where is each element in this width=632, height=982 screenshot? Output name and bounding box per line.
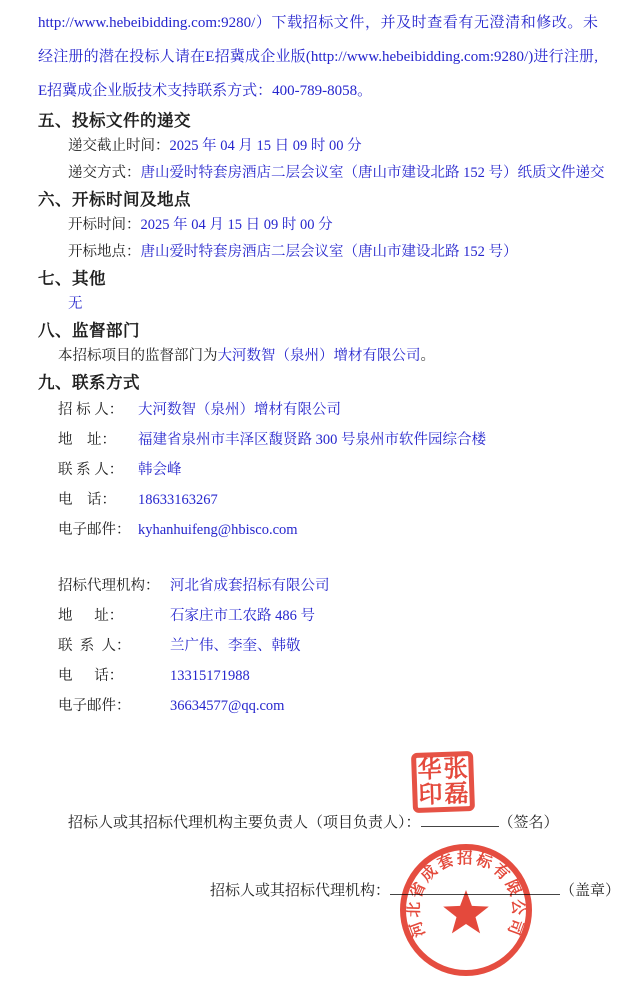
field-label: 联 系 人： (58, 455, 138, 485)
field-value: 无 (68, 296, 83, 312)
signature-label: 招标人或其招标代理机构： (210, 883, 390, 899)
agency-address-row: 地 址：石家庄市工农路 486 号 (38, 601, 598, 631)
field-value: 唐山爱时特套房酒店二层会议室（唐山市建设北路 152 号） (141, 244, 518, 260)
signature-label: 招标人或其招标代理机构主要负责人（项目负责人）： (68, 815, 421, 831)
supervision-entity: 大河数智（泉州）增材有限公司 (218, 348, 421, 364)
tenderer-contact-block: 招 标 人：大河数智（泉州）增材有限公司 地 址：福建省泉州市丰泽区馥贤路 30… (38, 395, 598, 545)
supervision-suffix: 。 (421, 348, 436, 364)
field-label: 地 址： (58, 425, 138, 455)
submission-method-row: 递交方式：唐山爱时特套房酒店二层会议室（唐山市建设北路 152 号）纸质文件递交 (38, 160, 598, 187)
field-label: 电子邮件： (58, 515, 138, 545)
tenderer-address-row: 地 址：福建省泉州市丰泽区馥贤路 300 号泉州市软件园综合楼 (38, 425, 598, 455)
field-label: 电子邮件： (58, 691, 170, 721)
tenderer-phone-row: 电 话：18633163267 (38, 485, 598, 515)
signature-line-responsible-person: 招标人或其招标代理机构主要负责人（项目负责人）：（签名） (38, 809, 598, 837)
signature-blank-line (421, 813, 499, 827)
tenderer-name-row: 招 标 人：大河数智（泉州）增材有限公司 (38, 395, 598, 425)
opening-place-row: 开标地点：唐山爱时特套房酒店二层会议室（唐山市建设北路 152 号） (38, 239, 598, 266)
signature-suffix: （签名） (499, 815, 559, 831)
field-value: 2025 年 04 月 15 日 09 时 00 分 (170, 138, 362, 154)
tenderer-contact-person-row: 联 系 人：韩会峰 (38, 455, 598, 485)
seal-char: 张 (443, 757, 468, 782)
field-label: 开标时间： (68, 217, 141, 233)
field-label: 电 话： (58, 661, 170, 691)
field-value: 石家庄市工农路 486 号 (170, 608, 315, 624)
section-heading-contacts: 九、联系方式 (38, 370, 598, 395)
field-label: 递交截止时间： (68, 138, 170, 154)
field-value: 13315171988 (170, 668, 250, 684)
field-label: 招标代理机构： (58, 571, 170, 601)
field-value: 2025 年 04 月 15 日 09 时 00 分 (141, 217, 333, 233)
field-label: 递交方式： (68, 165, 141, 181)
seal-char: 印 (418, 783, 443, 808)
seal-char: 华 (417, 758, 442, 783)
submission-deadline-row: 递交截止时间：2025 年 04 月 15 日 09 时 00 分 (38, 133, 598, 160)
field-label: 地 址： (58, 601, 170, 631)
field-value: 河北省成套招标有限公司 (170, 578, 330, 594)
field-label: 电 话： (58, 485, 138, 515)
other-row: 无 (38, 291, 598, 318)
field-label: 联 系 人： (58, 631, 170, 661)
supervision-prefix: 本招标项目的监督部门为 (58, 348, 218, 364)
section-heading-supervision: 八、监督部门 (38, 318, 598, 343)
agency-contact-block: 招标代理机构：河北省成套招标有限公司 地 址：石家庄市工农路 486 号 联 系… (38, 571, 598, 721)
field-label: 招 标 人： (58, 395, 138, 425)
round-seal-graphic: 河北省成套招标有限公司 (397, 841, 535, 979)
field-label: 开标地点： (68, 244, 141, 260)
field-value: 韩会峰 (138, 462, 182, 478)
field-value: 兰广伟、李奎、韩敬 (170, 638, 301, 654)
agency-email-row: 电子邮件：36634577@qq.com (38, 691, 598, 721)
opening-time-row: 开标时间：2025 年 04 月 15 日 09 时 00 分 (38, 212, 598, 239)
field-value: 福建省泉州市丰泽区馥贤路 300 号泉州市软件园综合楼 (138, 432, 486, 448)
tender-document-page: http://www.hebeibidding.com:9280/）下载招标文件… (0, 0, 632, 982)
field-value: 唐山爱时特套房酒店二层会议室（唐山市建设北路 152 号）纸质文件递交 (141, 165, 605, 181)
field-value: 大河数智（泉州）增材有限公司 (138, 402, 341, 418)
field-value: 18633163267 (138, 492, 218, 508)
section-heading-submission: 五、投标文件的递交 (38, 108, 598, 133)
intro-paragraph: http://www.hebeibidding.com:9280/）下载招标文件… (38, 6, 598, 108)
seal-char: 磊 (444, 782, 469, 807)
personal-name-seal: 华 张 印 磊 (411, 751, 475, 813)
supervision-row: 本招标项目的监督部门为大河数智（泉州）增材有限公司。 (38, 343, 598, 370)
agency-phone-row: 电 话：13315171988 (38, 661, 598, 691)
section-heading-other: 七、其他 (38, 266, 598, 291)
field-value: kyhanhuifeng@hbisco.com (138, 522, 298, 538)
company-round-seal: 河北省成套招标有限公司 (397, 841, 535, 979)
signature-suffix: （盖章） (560, 883, 620, 899)
agency-contact-person-row: 联 系 人：兰广伟、李奎、韩敬 (38, 631, 598, 661)
document-body: http://www.hebeibidding.com:9280/）下载招标文件… (38, 6, 598, 905)
field-value: 36634577@qq.com (170, 698, 284, 714)
agency-name-row: 招标代理机构：河北省成套招标有限公司 (38, 571, 598, 601)
section-heading-bid-opening: 六、开标时间及地点 (38, 187, 598, 212)
red-star-icon (443, 890, 489, 933)
tenderer-email-row: 电子邮件：kyhanhuifeng@hbisco.com (38, 515, 598, 545)
